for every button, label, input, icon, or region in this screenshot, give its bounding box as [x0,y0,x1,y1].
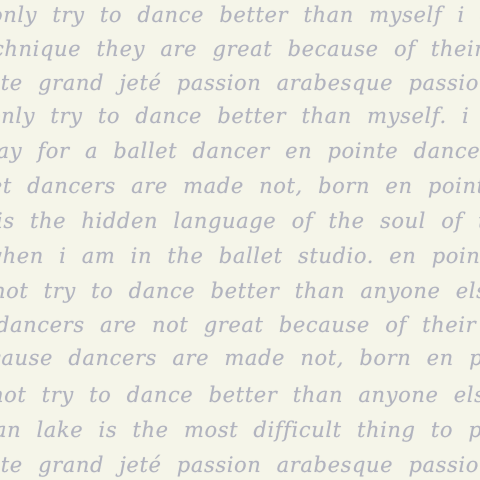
script-line: only try to dance better than myself. i … [0,103,480,129]
script-line: not try to dance better than anyone else… [0,278,480,304]
script-line: when i am in the ballet studio. en point… [0,243,480,269]
script-line: pointe grand jeté passion arabesque pass… [0,452,480,478]
script-line: ballet dancers are made not, born en poi… [0,173,480,199]
script-line: way for a ballet dancer en pointe dance … [0,138,480,164]
script-line: pointe grand jeté passion arabesque pass… [0,70,480,96]
script-line: dancers are not great because of their t… [0,312,480,338]
script-line: swan lake is the most difficult thing to… [0,417,480,443]
script-line: not try to dance better than anyone else… [0,382,480,408]
script-line: only try to dance better than myself i d… [0,2,480,28]
script-line: technique they are great because of thei… [0,36,480,62]
script-line: because dancers are made not, born en po… [0,345,480,371]
script-line: is the hidden language of the soul of th… [0,208,480,234]
handwriting-wallpaper-pattern: only try to dance better than myself i d… [0,0,480,480]
